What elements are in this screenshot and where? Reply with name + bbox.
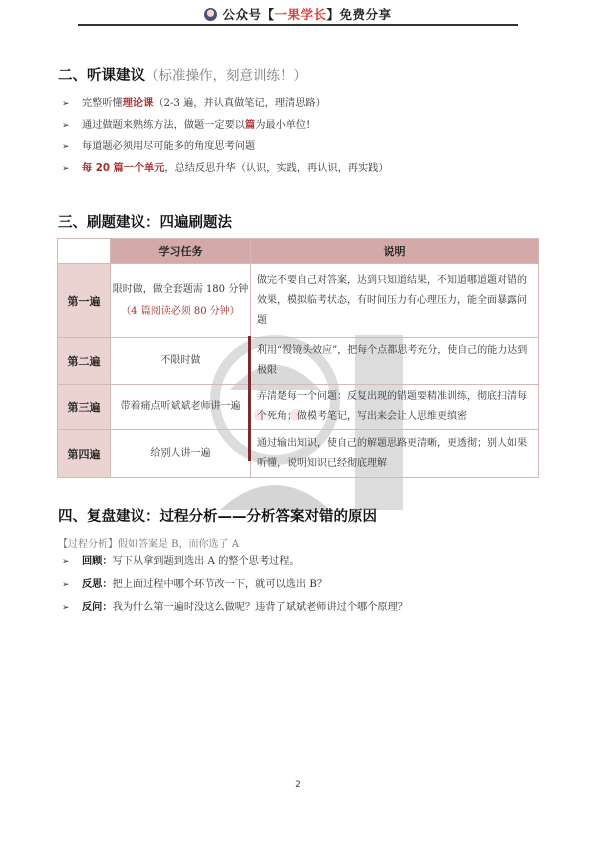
row-label: 第一遍: [58, 264, 111, 338]
page-number: 2: [0, 780, 596, 790]
list-item: ➢每道题必须用尽可能多的角度思考问题: [62, 136, 389, 158]
item-label: 反思：: [82, 579, 113, 590]
header-suffix: 免费分享: [340, 7, 392, 22]
row-task: 带着痛点听斌斌老师讲一遍: [111, 385, 251, 430]
item-text: ，总结反思升华（认识，实践，再认识，再实践）: [164, 163, 388, 174]
review-steps-list: ➢回顾：写下从拿到题到选出 A 的整个思考过程。 ➢反思：把上面过程中哪个环节改…: [62, 551, 408, 620]
header-prefix: 公众号: [222, 7, 261, 22]
table-header-row: 学习任务 说明: [58, 239, 539, 264]
row-description: 通过输出知识，使自己的解题思路更清晰，更透彻；别人如果听懂，说明知识已经彻底理解: [251, 430, 539, 478]
list-item: ➢每 20 篇一个单元，总结反思升华（认识，实践，再认识，再实践）: [62, 158, 389, 180]
arrow-bullet-icon: ➢: [62, 137, 82, 159]
table-row: 第四遍 给别人讲一遍 通过输出知识，使自己的解题思路更清晰，更透彻；别人如果听懂…: [58, 430, 539, 478]
header-divider: [78, 24, 518, 26]
list-item: ➢反问：我为什么第一遍时没这么做呢？违背了斌斌老师讲过个哪个原理？: [62, 597, 408, 620]
item-highlight: 理论课: [123, 98, 154, 109]
row-task: 给别人讲一遍: [111, 430, 251, 478]
item-highlight: 篇: [245, 120, 255, 131]
item-highlight: 每 20 篇一个单元: [82, 163, 164, 174]
header-description: 说明: [251, 239, 539, 264]
listening-tips-list: ➢完整听懂理论课（2-3 遍，并认真做笔记，理清思路） ➢通过做题来熟练方法，做…: [62, 93, 389, 179]
item-text: 我为什么第一遍时没这么做呢？违背了斌斌老师讲过个哪个原理？: [113, 602, 408, 613]
item-text: （2-3 遍，并认真做笔记，理清思路）: [153, 98, 325, 109]
section-4-heading: 四、复盘建议：过程分析——分析答案对错的原因: [58, 505, 377, 526]
arrow-bullet-icon: ➢: [62, 575, 82, 597]
header-brand: 一果学长: [274, 7, 326, 22]
header-task: 学习任务: [111, 239, 251, 264]
item-text: 把上面过程中哪个环节改一下，就可以选出 B？: [113, 579, 327, 590]
row-task: 限时做，做全套题需 180 分钟 （4 篇阅读必须 80 分钟）: [111, 264, 251, 338]
table-row: 第二遍 不限时做 利用“慢镜头效应”，把每个点都思考充分，使自己的能力达到极限: [58, 338, 539, 385]
note-tag: 【过程分析】: [58, 539, 118, 550]
arrow-bullet-icon: ➢: [62, 94, 82, 116]
list-item: ➢通过做题来熟练方法，做题一定要以篇为最小单位!: [62, 115, 389, 137]
bracket-open: 【: [261, 7, 274, 22]
arrow-bullet-icon: ➢: [62, 598, 82, 620]
row-label: 第三遍: [58, 385, 111, 430]
item-text: 完整听懂: [82, 98, 123, 109]
row-description: 利用“慢镜头效应”，把每个点都思考充分，使自己的能力达到极限: [251, 338, 539, 385]
task-note: （4 篇阅读必须 80 分钟）: [111, 301, 250, 323]
row-label: 第二遍: [58, 338, 111, 385]
header-blank: [58, 239, 111, 264]
section-2-subtitle: （标准操作，刻意训练！）: [145, 68, 307, 84]
row-task: 不限时做: [111, 338, 251, 385]
process-analysis-note: 【过程分析】假如答案是 B，而你选了 A: [58, 535, 239, 550]
row-description: 做完不要自己对答案，达到只知道结果，不知道哪道题对错的效果，模拟临考状态，有时间…: [251, 264, 539, 338]
item-text: 为最小单位!: [255, 120, 310, 131]
section-2-heading: 二、听课建议（标准操作，刻意训练！）: [58, 64, 307, 85]
four-pass-table: 学习任务 说明 第一遍 限时做，做全套题需 180 分钟 （4 篇阅读必须 80…: [57, 238, 539, 478]
item-text: 写下从拿到题到选出 A 的整个思考过程。: [113, 556, 300, 567]
arrow-bullet-icon: ➢: [62, 552, 82, 574]
row-label: 第四遍: [58, 430, 111, 478]
table-row: 第一遍 限时做，做全套题需 180 分钟 （4 篇阅读必须 80 分钟） 做完不…: [58, 264, 539, 338]
bracket-close: 】: [327, 7, 340, 22]
section-2-title: 二、听课建议: [58, 68, 145, 84]
watermark-divider: [248, 336, 251, 461]
section-3-heading: 三、刷题建议：四遍刷题法: [58, 211, 232, 232]
header-title: 公众号【一果学长】免费分享: [0, 5, 596, 23]
list-item: ➢回顾：写下从拿到题到选出 A 的整个思考过程。: [62, 551, 408, 574]
note-text: 假如答案是 B，而你选了 A: [118, 539, 239, 550]
item-label: 回顾：: [82, 556, 113, 567]
arrow-bullet-icon: ➢: [62, 116, 82, 138]
row-description: 弄清楚每一个问题：反复出现的错题要精准训练，彻底扫清每个死角；做模考笔记，写出来…: [251, 385, 539, 430]
table-row: 第三遍 带着痛点听斌斌老师讲一遍 弄清楚每一个问题：反复出现的错题要精准训练，彻…: [58, 385, 539, 430]
item-text: 通过做题来熟练方法，做题一定要以: [82, 120, 245, 131]
item-text: 每道题必须用尽可能多的角度思考问题: [82, 141, 255, 152]
item-label: 反问：: [82, 602, 113, 613]
arrow-bullet-icon: ➢: [62, 159, 82, 181]
page-header: 公众号【一果学长】免费分享: [0, 0, 596, 26]
avatar-icon: [204, 8, 217, 21]
task-text: 限时做，做全套题需 180 分钟: [111, 279, 250, 301]
list-item: ➢完整听懂理论课（2-3 遍，并认真做笔记，理清思路）: [62, 93, 389, 115]
list-item: ➢反思：把上面过程中哪个环节改一下，就可以选出 B？: [62, 574, 408, 597]
